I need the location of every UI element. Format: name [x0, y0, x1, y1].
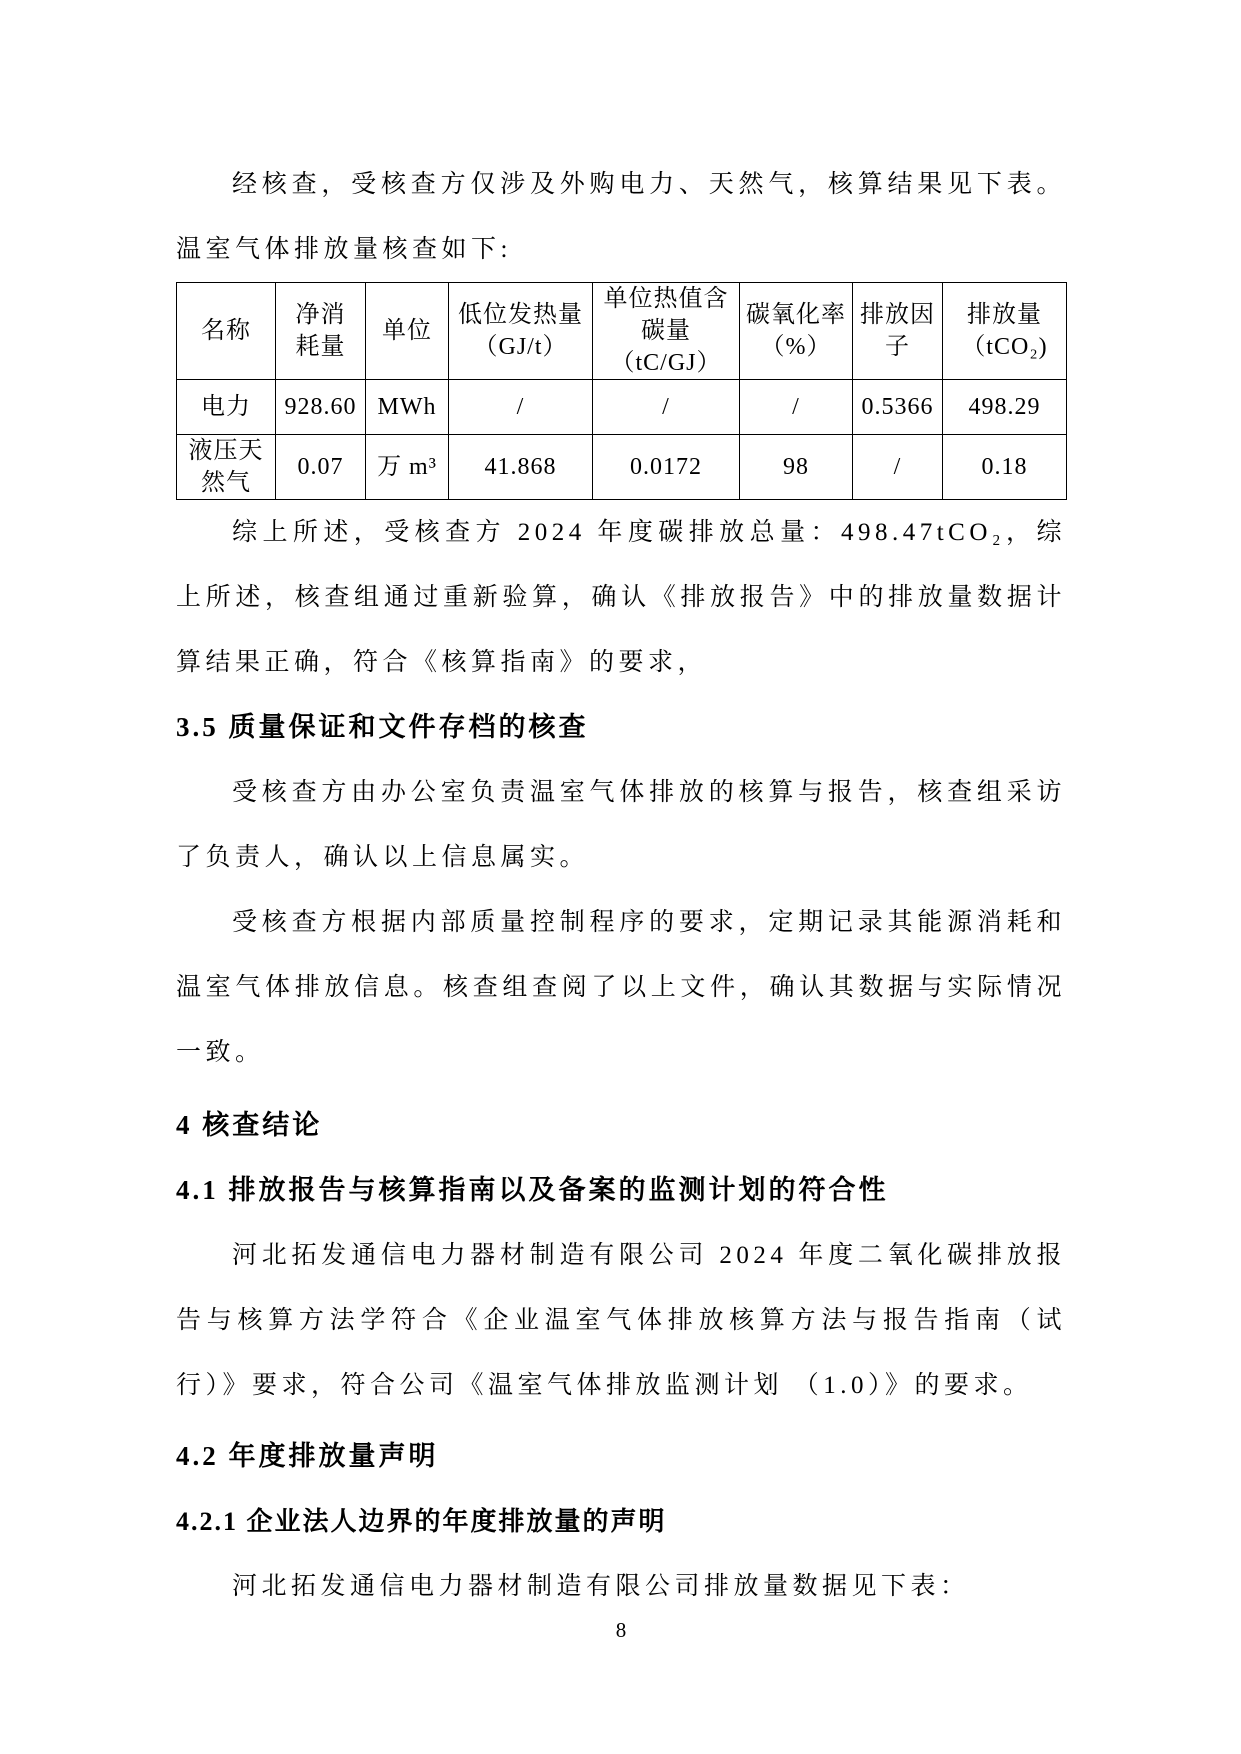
paragraph-office-responsibility: 受核查方由办公室负责温室气体排放的核算与报告，核查组采访了负责人，确认以上信息属…	[176, 760, 1066, 890]
document-page: 经核查，受核查方仅涉及外购电力、天然气，核算结果见下表。温室气体排放量核查如下:…	[0, 0, 1241, 1754]
paragraph-emission-data-intro: 河北拓发通信电力器材制造有限公司排放量数据见下表：	[176, 1554, 1066, 1619]
table-cell: 液压天 然气	[177, 435, 276, 500]
emission-table: 名称 净消 耗量 单位 低位发热量 （GJ/t） 单位热值含 碳量（tC/GJ）…	[176, 282, 1067, 500]
header-cell-emission-amount: 排放量 （tCO₂)	[943, 283, 1067, 380]
header-cell-emission-factor: 排放因 子	[853, 283, 943, 380]
table-cell: 0.5366	[853, 380, 943, 435]
document-content: 经核查，受核查方仅涉及外购电力、天然气，核算结果见下表。温室气体排放量核查如下:…	[176, 152, 1066, 1619]
table-cell: 电力	[177, 380, 276, 435]
page-number: 8	[176, 1616, 1066, 1644]
paragraph-quality-control: 受核查方根据内部质量控制程序的要求，定期记录其能源消耗和温室气体排放信息。核查组…	[176, 890, 1066, 1085]
header-cell-lower-heating-value: 低位发热量 （GJ/t）	[449, 283, 593, 380]
table-cell: 41.868	[449, 435, 593, 500]
section-heading-4-2: 4.2 年度排放量声明	[176, 1424, 1066, 1489]
table-cell: 498.29	[943, 380, 1067, 435]
table-cell: 98	[740, 435, 853, 500]
header-cell-net-consumption: 净消 耗量	[276, 283, 366, 380]
table-cell: /	[449, 380, 593, 435]
table-cell: 928.60	[276, 380, 366, 435]
paragraph-total-emission-summary: 综上所述，受核查方 2024 年度碳排放总量：498.47tCO₂，综上所述，核…	[176, 500, 1066, 695]
table-row-electricity: 电力 928.60 MWh / / / 0.5366 498.29	[177, 380, 1067, 435]
table-cell: 0.18	[943, 435, 1067, 500]
table-cell: /	[593, 380, 740, 435]
header-cell-name: 名称	[177, 283, 276, 380]
table-cell: 0.0172	[593, 435, 740, 500]
header-cell-unit: 单位	[366, 283, 449, 380]
table-cell: 0.07	[276, 435, 366, 500]
table-cell: /	[853, 435, 943, 500]
table-cell: MWh	[366, 380, 449, 435]
table-header-row: 名称 净消 耗量 单位 低位发热量 （GJ/t） 单位热值含 碳量（tC/GJ）…	[177, 283, 1067, 380]
table-cell: /	[740, 380, 853, 435]
header-cell-oxidation-rate: 碳氧化率 （%）	[740, 283, 853, 380]
paragraph-compliance-statement: 河北拓发通信电力器材制造有限公司 2024 年度二氧化碳排放报告与核算方法学符合…	[176, 1223, 1066, 1418]
paragraph-verification-result: 经核查，受核查方仅涉及外购电力、天然气，核算结果见下表。温室气体排放量核查如下:	[176, 152, 1066, 282]
section-heading-3-5: 3.5 质量保证和文件存档的核查	[176, 695, 1066, 760]
section-heading-4-2-1: 4.2.1 企业法人边界的年度排放量的声明	[176, 1489, 1066, 1554]
section-heading-4-1: 4.1 排放报告与核算指南以及备案的监测计划的符合性	[176, 1158, 1066, 1223]
table-cell: 万 m³	[366, 435, 449, 500]
header-cell-carbon-content: 单位热值含 碳量（tC/GJ）	[593, 283, 740, 380]
section-heading-4: 4 核查结论	[176, 1093, 1066, 1158]
table-row-natural-gas: 液压天 然气 0.07 万 m³ 41.868 0.0172 98 / 0.18	[177, 435, 1067, 500]
